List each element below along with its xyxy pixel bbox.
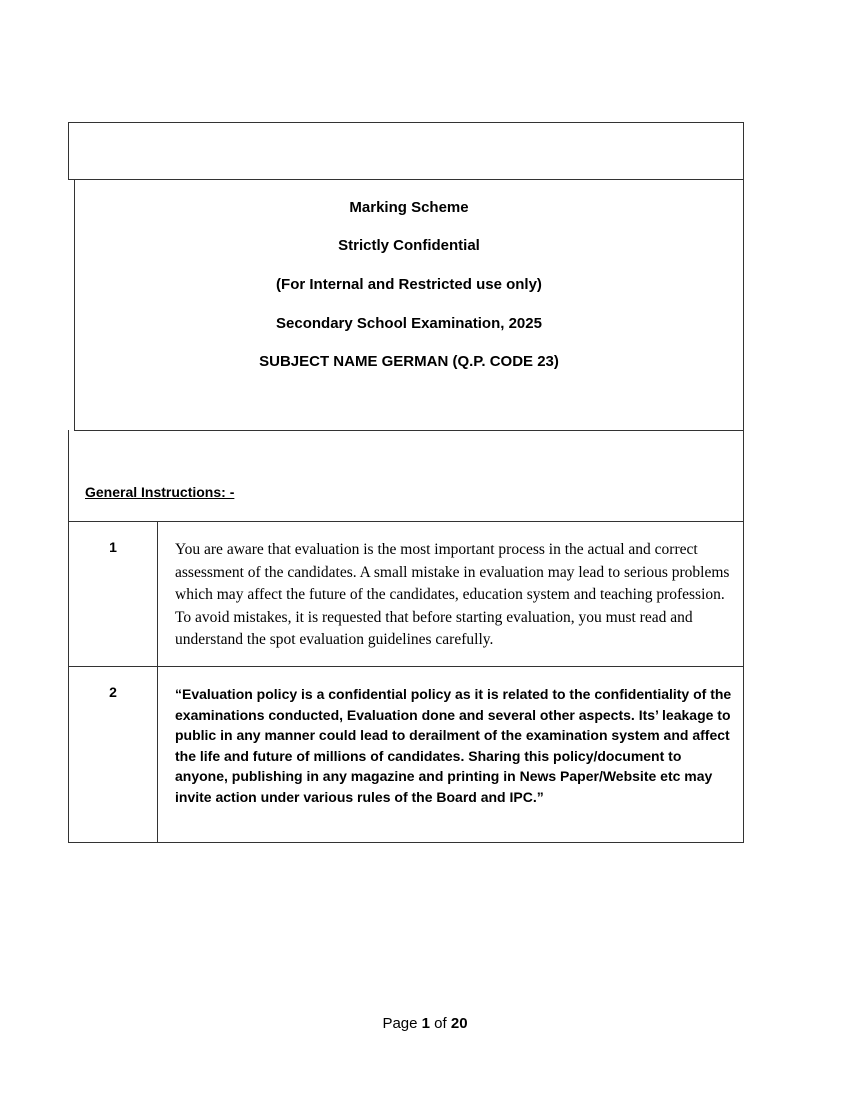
top-empty-cell (68, 122, 744, 180)
instruction-number: 2 (69, 666, 158, 842)
instruction-row: 1 You are aware that evaluation is the m… (68, 521, 744, 667)
subject-name: SUBJECT NAME GERMAN (Q.P. CODE 23) (75, 353, 743, 370)
exam-name: Secondary School Examination, 2025 (75, 315, 743, 332)
page-of-label: of (434, 1015, 447, 1032)
instruction-row: 2 “Evaluation policy is a confidential p… (68, 666, 744, 843)
title-block: Marking Scheme Strictly Confidential (Fo… (74, 179, 744, 431)
restricted-use-notice: (For Internal and Restricted use only) (75, 276, 743, 293)
instruction-text: You are aware that evaluation is the mos… (175, 539, 735, 652)
instruction-text: “Evaluation policy is a confidential pol… (175, 684, 735, 807)
page-prefix: Page (382, 1015, 417, 1032)
instruction-number: 1 (69, 521, 158, 666)
page-indicator: Page 1 of 20 (0, 1015, 850, 1032)
doc-title: Marking Scheme (75, 199, 743, 216)
confidential-notice: Strictly Confidential (75, 237, 743, 254)
general-instructions-header: General Instructions: - (68, 430, 744, 522)
current-page: 1 (422, 1015, 430, 1032)
general-instructions-label: General Instructions: - (85, 484, 234, 500)
total-pages: 20 (451, 1015, 468, 1032)
